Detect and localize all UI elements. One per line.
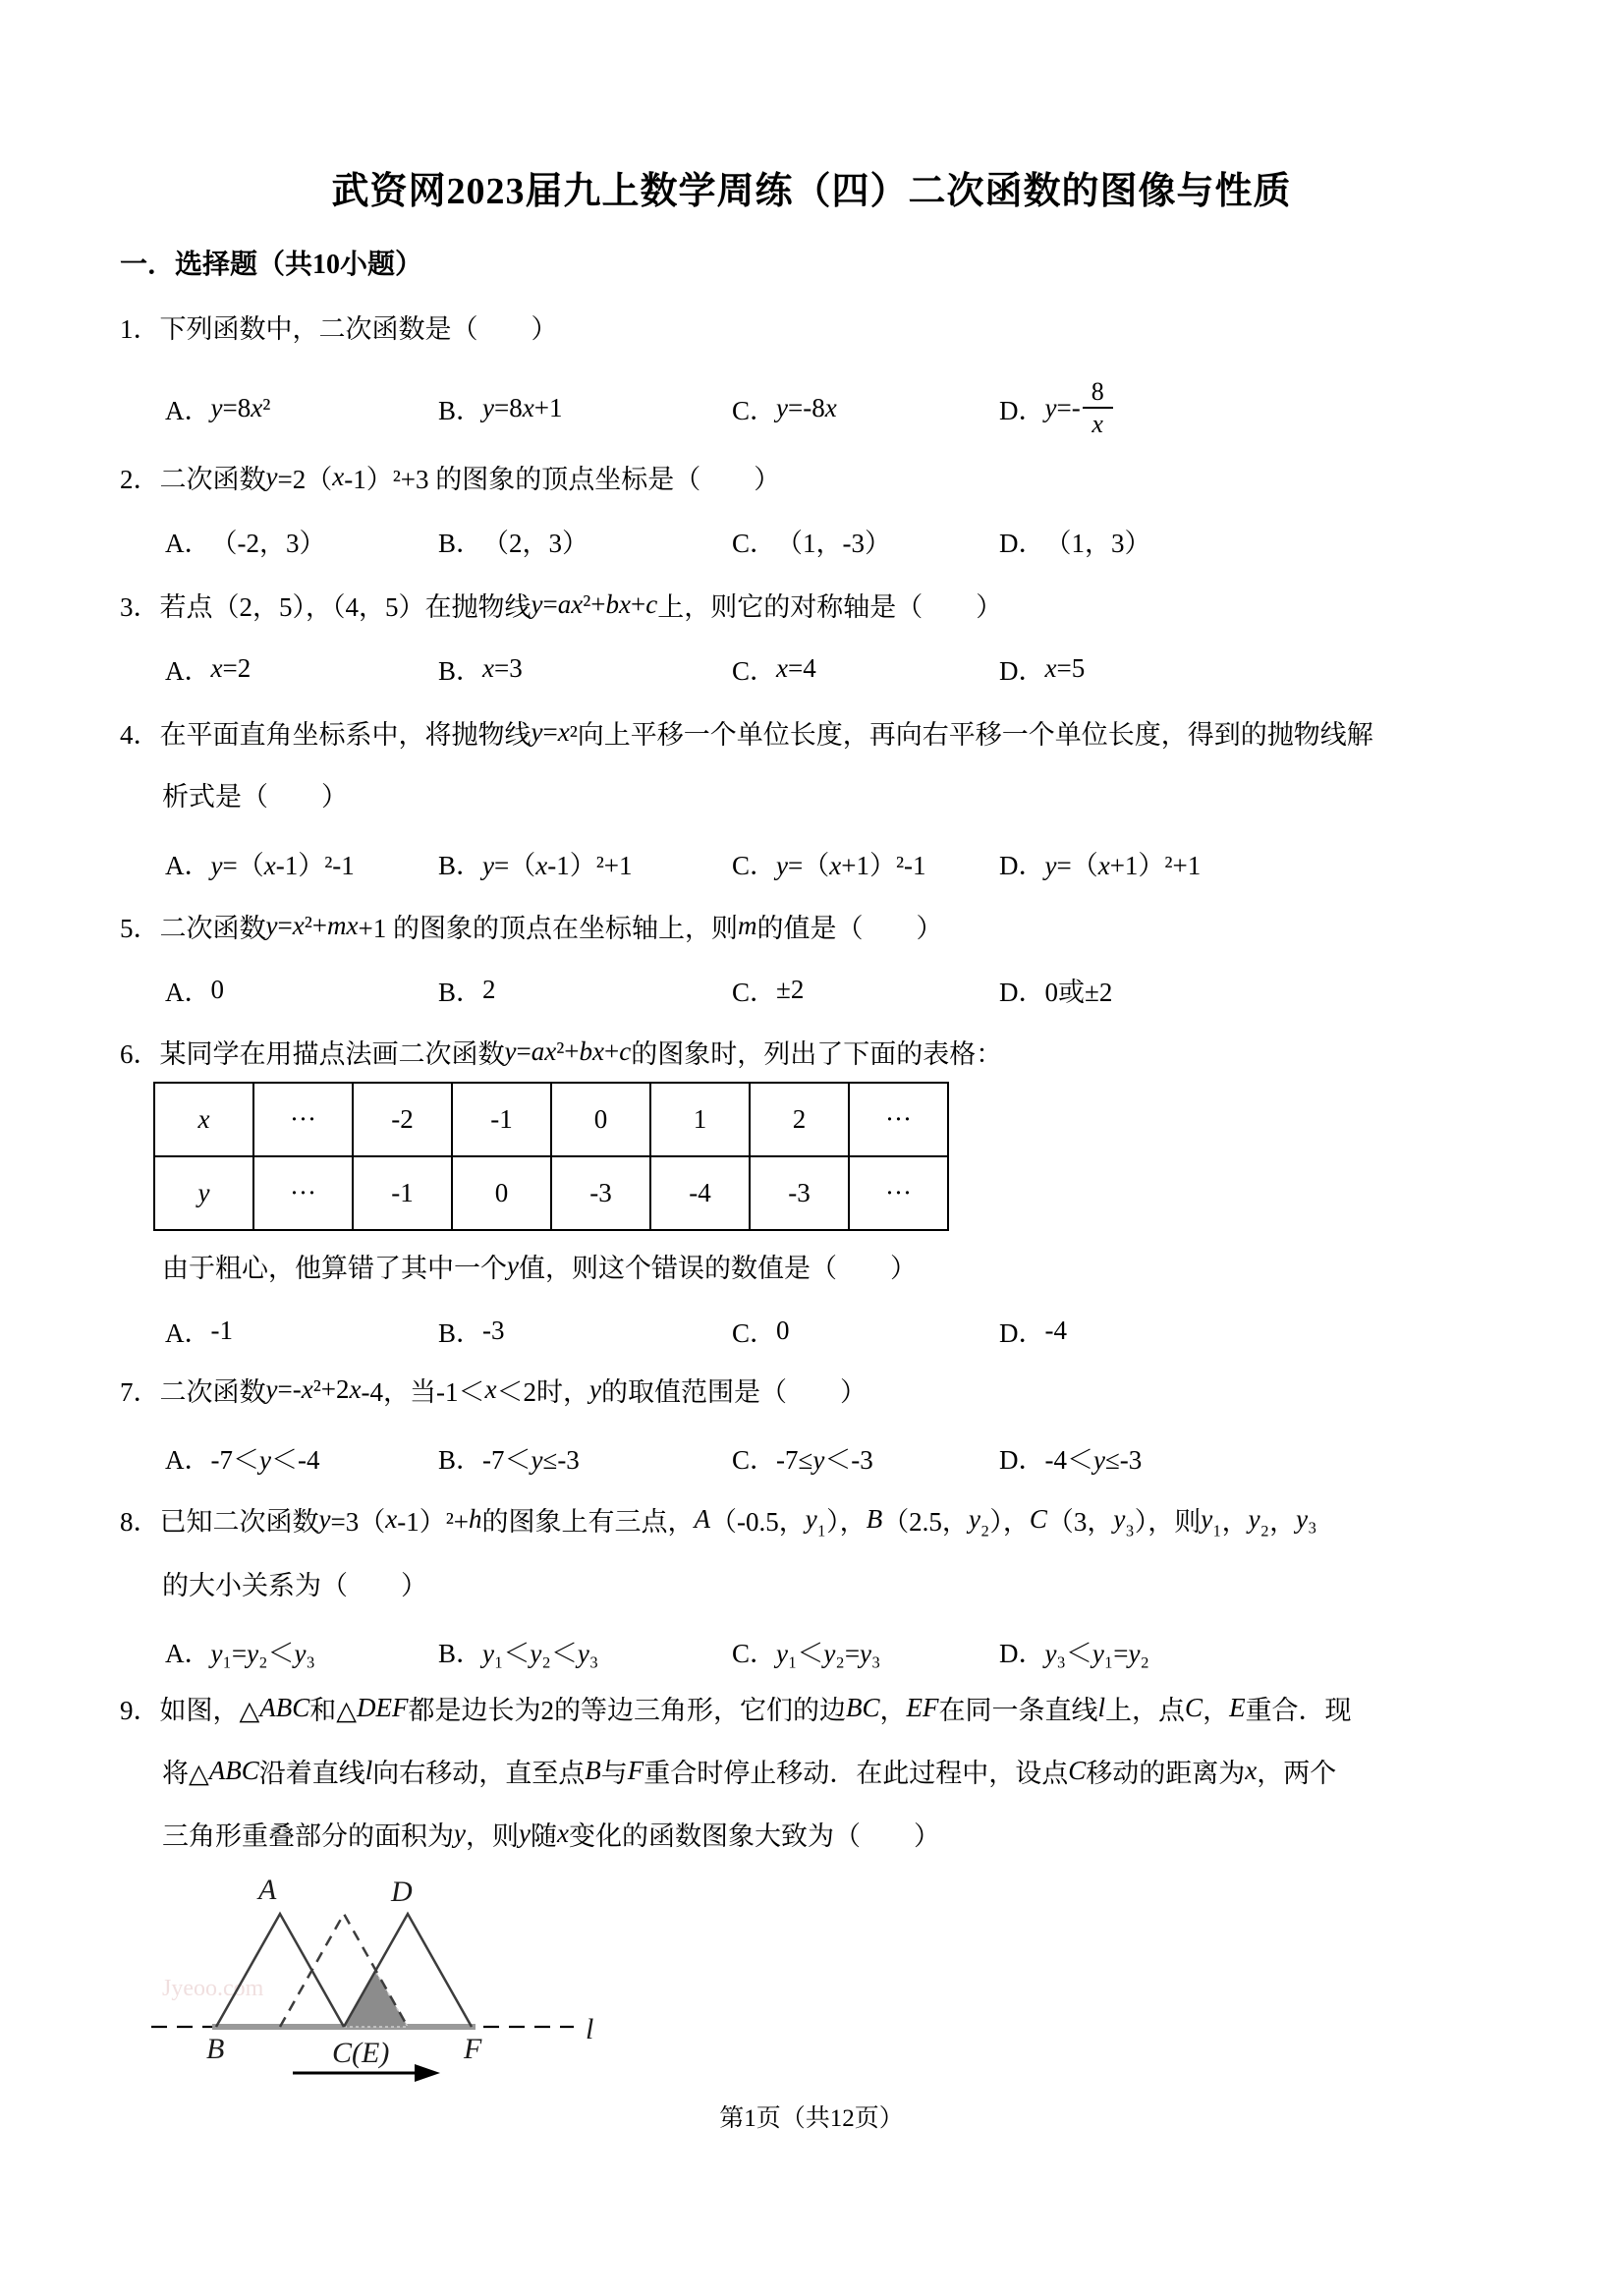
question-4-option-c: C．y=（x+1）²-1: [732, 830, 926, 895]
question-9-text-line-3: 三角形重叠部分的面积为y，则y随x变化的函数图象大致为（ ）: [162, 1801, 940, 1866]
watermark: Jyeoo.com: [162, 1976, 264, 2001]
question-3-option-b: B．x=3: [438, 636, 523, 700]
question-2-option-d: D．（1，3）: [999, 508, 1151, 573]
q6-value-table: x ··· -2 -1 0 1 2 ··· y ··· -1 0 -3 -4 -…: [153, 1082, 949, 1231]
question-6-note: 由于粗心，他算错了其中一个y值，则这个错误的数值是（ ）: [162, 1233, 917, 1298]
option-label: D．: [999, 522, 1045, 560]
option-text: ±2: [776, 975, 804, 1005]
option-text: 0: [776, 1316, 790, 1346]
option-label: A．: [165, 649, 211, 688]
option-text: -4: [1045, 1316, 1068, 1346]
section-heading: 一．选择题（共10小题）: [120, 230, 422, 295]
question-4-option-b: B．y=（x-1）²+1: [438, 830, 633, 895]
option-text: （1，3）: [1045, 522, 1151, 560]
option-text: y=（x+1）²+1: [1045, 844, 1202, 882]
option-text: -4＜y≤-3: [1045, 1438, 1143, 1477]
option-text: （1，-3）: [776, 522, 891, 560]
option-text: x=4: [776, 653, 816, 684]
question-5-option-a: A．0: [165, 957, 224, 1022]
option-text: x=5: [1045, 653, 1086, 684]
table-cell: -3: [551, 1156, 650, 1230]
triangle-abc: [216, 1914, 344, 2027]
question-7-text: 7．二次函数y=-x²+2x-4，当-1＜x＜2时，y的取值范围是（ ）: [120, 1357, 867, 1422]
question-3-text: 3．若点（2，5），（4，5）在抛物线y=ax²+bx+c上，则它的对称轴是（ …: [120, 572, 1002, 637]
question-7-option-a: A．-7＜y＜-4: [165, 1425, 319, 1489]
triangles-diagram: Jyeoo.com A D B C(E) F l: [147, 1870, 629, 2105]
label-ce: C(E): [332, 2037, 389, 2069]
label-a: A: [256, 1874, 277, 1906]
table-cell: 0: [452, 1156, 551, 1230]
question-6-text: 6．某同学在用描点法画二次函数y=ax²+bx+c的图象时，列出了下面的表格：: [120, 1019, 1002, 1084]
option-label: B．: [438, 1312, 482, 1350]
option-label: D．: [999, 1632, 1045, 1670]
question-6-options: A．-1 B．-3 C．0 D．-4: [0, 1298, 1623, 1363]
option-text: -1: [211, 1316, 234, 1346]
option-text: y₃＜y₁=y₂: [1045, 1632, 1149, 1670]
table-cell: 1: [650, 1083, 750, 1156]
option-label: A．: [165, 1312, 211, 1350]
question-5-option-b: B．2: [438, 957, 496, 1022]
q9-figure: Jyeoo.com A D B C(E) F l: [147, 1870, 629, 2105]
option-label: B．: [438, 1438, 482, 1477]
question-6-option-c: C．0: [732, 1298, 790, 1363]
option-text: -7≤y＜-3: [776, 1438, 873, 1477]
question-1-option-a: A．y=8x²: [165, 375, 270, 440]
option-label: A．: [165, 1632, 211, 1670]
table-row-y: y ··· -1 0 -3 -4 -3 ···: [154, 1156, 948, 1230]
option-label: D．: [999, 389, 1045, 427]
option-text: y=-8x: [776, 393, 837, 423]
question-3-option-c: C．x=4: [732, 636, 816, 700]
option-label: C．: [732, 522, 776, 560]
question-6-option-a: A．-1: [165, 1298, 233, 1363]
option-label: A．: [165, 844, 211, 882]
option-label: C．: [732, 389, 776, 427]
option-text: y₁＜y₂=y₃: [776, 1632, 880, 1670]
option-text: y=8x²: [211, 393, 271, 423]
label-d: D: [390, 1876, 413, 1908]
option-label: B．: [438, 389, 482, 427]
option-text: -7＜y＜-4: [211, 1438, 320, 1477]
option-label: A．: [165, 389, 211, 427]
option-label: C．: [732, 971, 776, 1009]
option-label: A．: [165, 1438, 211, 1477]
table-cell: 2: [750, 1083, 849, 1156]
option-label: D．: [999, 1438, 1045, 1477]
option-label: B．: [438, 971, 482, 1009]
option-label: B．: [438, 844, 482, 882]
question-8-text-line-1: 8．已知二次函数y=3（x-1）²+h的图象上有三点，A（-0.5，y₁），B（…: [120, 1486, 1316, 1551]
option-text: y=-: [1045, 393, 1081, 423]
label-line-l: l: [586, 2013, 593, 2045]
question-1-option-b: B．y=8x+1: [438, 375, 562, 440]
option-text: y₁=y₂＜y₃: [211, 1632, 315, 1670]
option-text: y=（x-1）²+1: [482, 844, 633, 882]
table-cell: 0: [551, 1083, 650, 1156]
option-text: -7＜y≤-3: [482, 1438, 580, 1477]
table-cell: ···: [849, 1156, 948, 1230]
question-7-option-d: D．-4＜y≤-3: [999, 1425, 1142, 1489]
option-text: -3: [482, 1316, 505, 1346]
table-cell: x: [154, 1083, 253, 1156]
option-label: A．: [165, 971, 211, 1009]
option-label: D．: [999, 649, 1045, 688]
label-f: F: [463, 2033, 482, 2065]
overlap-region: [344, 1971, 408, 2027]
question-8-text-line-2: 的大小关系为（ ）: [162, 1550, 427, 1615]
question-9-text-line-1: 9．如图，△ABC和△DEF都是边长为2的等边三角形，它们的边BC，EF在同一条…: [120, 1675, 1352, 1740]
table-cell: y: [154, 1156, 253, 1230]
option-text: y=（x-1）²-1: [211, 844, 355, 882]
question-5-option-d: D．0或±2: [999, 957, 1112, 1022]
question-8-options: A．y₁=y₂＜y₃ B．y₁＜y₂＜y₃ C．y₁＜y₂=y₃ D．y₃＜y₁…: [0, 1618, 1623, 1683]
question-3-options: A．x=2 B．x=3 C．x=4 D．x=5: [0, 636, 1623, 700]
table-cell: ···: [253, 1083, 353, 1156]
question-7-options: A．-7＜y＜-4 B．-7＜y≤-3 C．-7≤y＜-3 D．-4＜y≤-3: [0, 1425, 1623, 1489]
table-cell: ···: [253, 1156, 353, 1230]
question-6-option-d: D．-4: [999, 1298, 1067, 1363]
table-cell: -1: [452, 1083, 551, 1156]
option-label: B．: [438, 522, 482, 560]
exam-page: 武资网2023届九上数学周练（四）二次函数的图像与性质 一．选择题（共10小题）…: [0, 0, 1623, 2296]
option-label: D．: [999, 971, 1045, 1009]
option-text: 2: [482, 975, 496, 1005]
page-title: 武资网2023届九上数学周练（四）二次函数的图像与性质: [0, 154, 1623, 219]
question-1-options: A．y=8x² B．y=8x+1 C．y=-8x D．y=-8x: [0, 375, 1623, 440]
option-label: C．: [732, 1438, 776, 1477]
question-4-options: A．y=（x-1）²-1 B．y=（x-1）²+1 C．y=（x+1）²-1 D…: [0, 830, 1623, 895]
option-text: y=8x+1: [482, 393, 562, 423]
question-2-text: 2．二次函数y=2（x-1）²+3 的图象的顶点坐标是（ ）: [120, 444, 780, 509]
option-label: D．: [999, 1312, 1045, 1350]
option-label: B．: [438, 649, 482, 688]
table-cell: -3: [750, 1156, 849, 1230]
question-2-option-c: C．（1，-3）: [732, 508, 891, 573]
question-8-option-b: B．y₁＜y₂＜y₃: [438, 1618, 598, 1683]
question-4-text-line-2: 析式是（ ）: [162, 761, 348, 826]
question-7-option-b: B．-7＜y≤-3: [438, 1425, 580, 1489]
option-label: C．: [732, 649, 776, 688]
question-2-options: A．（-2，3） B．（2，3） C．（1，-3） D．（1，3）: [0, 508, 1623, 573]
fraction-numerator: 8: [1083, 377, 1113, 409]
option-text: （-2，3）: [211, 522, 326, 560]
option-text: x=2: [211, 653, 252, 684]
option-text: x=3: [482, 653, 523, 684]
table-row-x: x ··· -2 -1 0 1 2 ···: [154, 1083, 948, 1156]
option-text: y₁＜y₂＜y₃: [482, 1632, 598, 1670]
question-8-option-d: D．y₃＜y₁=y₂: [999, 1618, 1149, 1683]
question-7-option-c: C．-7≤y＜-3: [732, 1425, 873, 1489]
fraction-denominator: x: [1091, 409, 1103, 438]
question-2-option-a: A．（-2，3）: [165, 508, 326, 573]
question-8-option-c: C．y₁＜y₂=y₃: [732, 1618, 880, 1683]
option-label: C．: [732, 1632, 776, 1670]
option-label: C．: [732, 844, 776, 882]
option-text: 0: [211, 975, 225, 1005]
question-5-options: A．0 B．2 C．±2 D．0或±2: [0, 957, 1623, 1022]
table-cell: ···: [849, 1083, 948, 1156]
question-5-option-c: C．±2: [732, 957, 804, 1022]
option-label: D．: [999, 844, 1045, 882]
question-5-text: 5．二次函数y=x²+mx+1 的图象的顶点在坐标轴上，则m的值是（ ）: [120, 893, 943, 958]
question-4-option-d: D．y=（x+1）²+1: [999, 830, 1201, 895]
question-3-option-d: D．x=5: [999, 636, 1085, 700]
question-1-option-d: D．y=-8x: [999, 375, 1115, 440]
question-6-option-b: B．-3: [438, 1298, 505, 1363]
motion-arrow-head: [415, 2064, 440, 2082]
option-label: A．: [165, 522, 211, 560]
option-text: （2，3）: [482, 522, 588, 560]
option-text: 0或±2: [1045, 971, 1113, 1009]
option-label: B．: [438, 1632, 482, 1670]
table-cell: -1: [353, 1156, 452, 1230]
question-1-option-c: C．y=-8x: [732, 375, 837, 440]
table-cell: -2: [353, 1083, 452, 1156]
question-4-text-line-1: 4．在平面直角坐标系中，将抛物线y=x²向上平移一个单位长度，再向右平移一个单位…: [120, 700, 1373, 764]
question-3-option-a: A．x=2: [165, 636, 251, 700]
question-1-text: 1．下列函数中，二次函数是（ ）: [120, 294, 558, 359]
question-8-option-a: A．y₁=y₂＜y₃: [165, 1618, 315, 1683]
option-label: C．: [732, 1312, 776, 1350]
question-2-option-b: B．（2，3）: [438, 508, 588, 573]
question-9-text-line-2: 将△ABC沿着直线l向右移动，直至点B与F重合时停止移动．在此过程中，设点C移动…: [162, 1738, 1336, 1803]
question-4-option-a: A．y=（x-1）²-1: [165, 830, 355, 895]
table-cell: -4: [650, 1156, 750, 1230]
page-footer: 第1页（共12页）: [0, 2084, 1623, 2149]
option-text: y=（x+1）²-1: [776, 844, 926, 882]
fraction: 8x: [1083, 377, 1113, 438]
label-b: B: [206, 2033, 224, 2065]
